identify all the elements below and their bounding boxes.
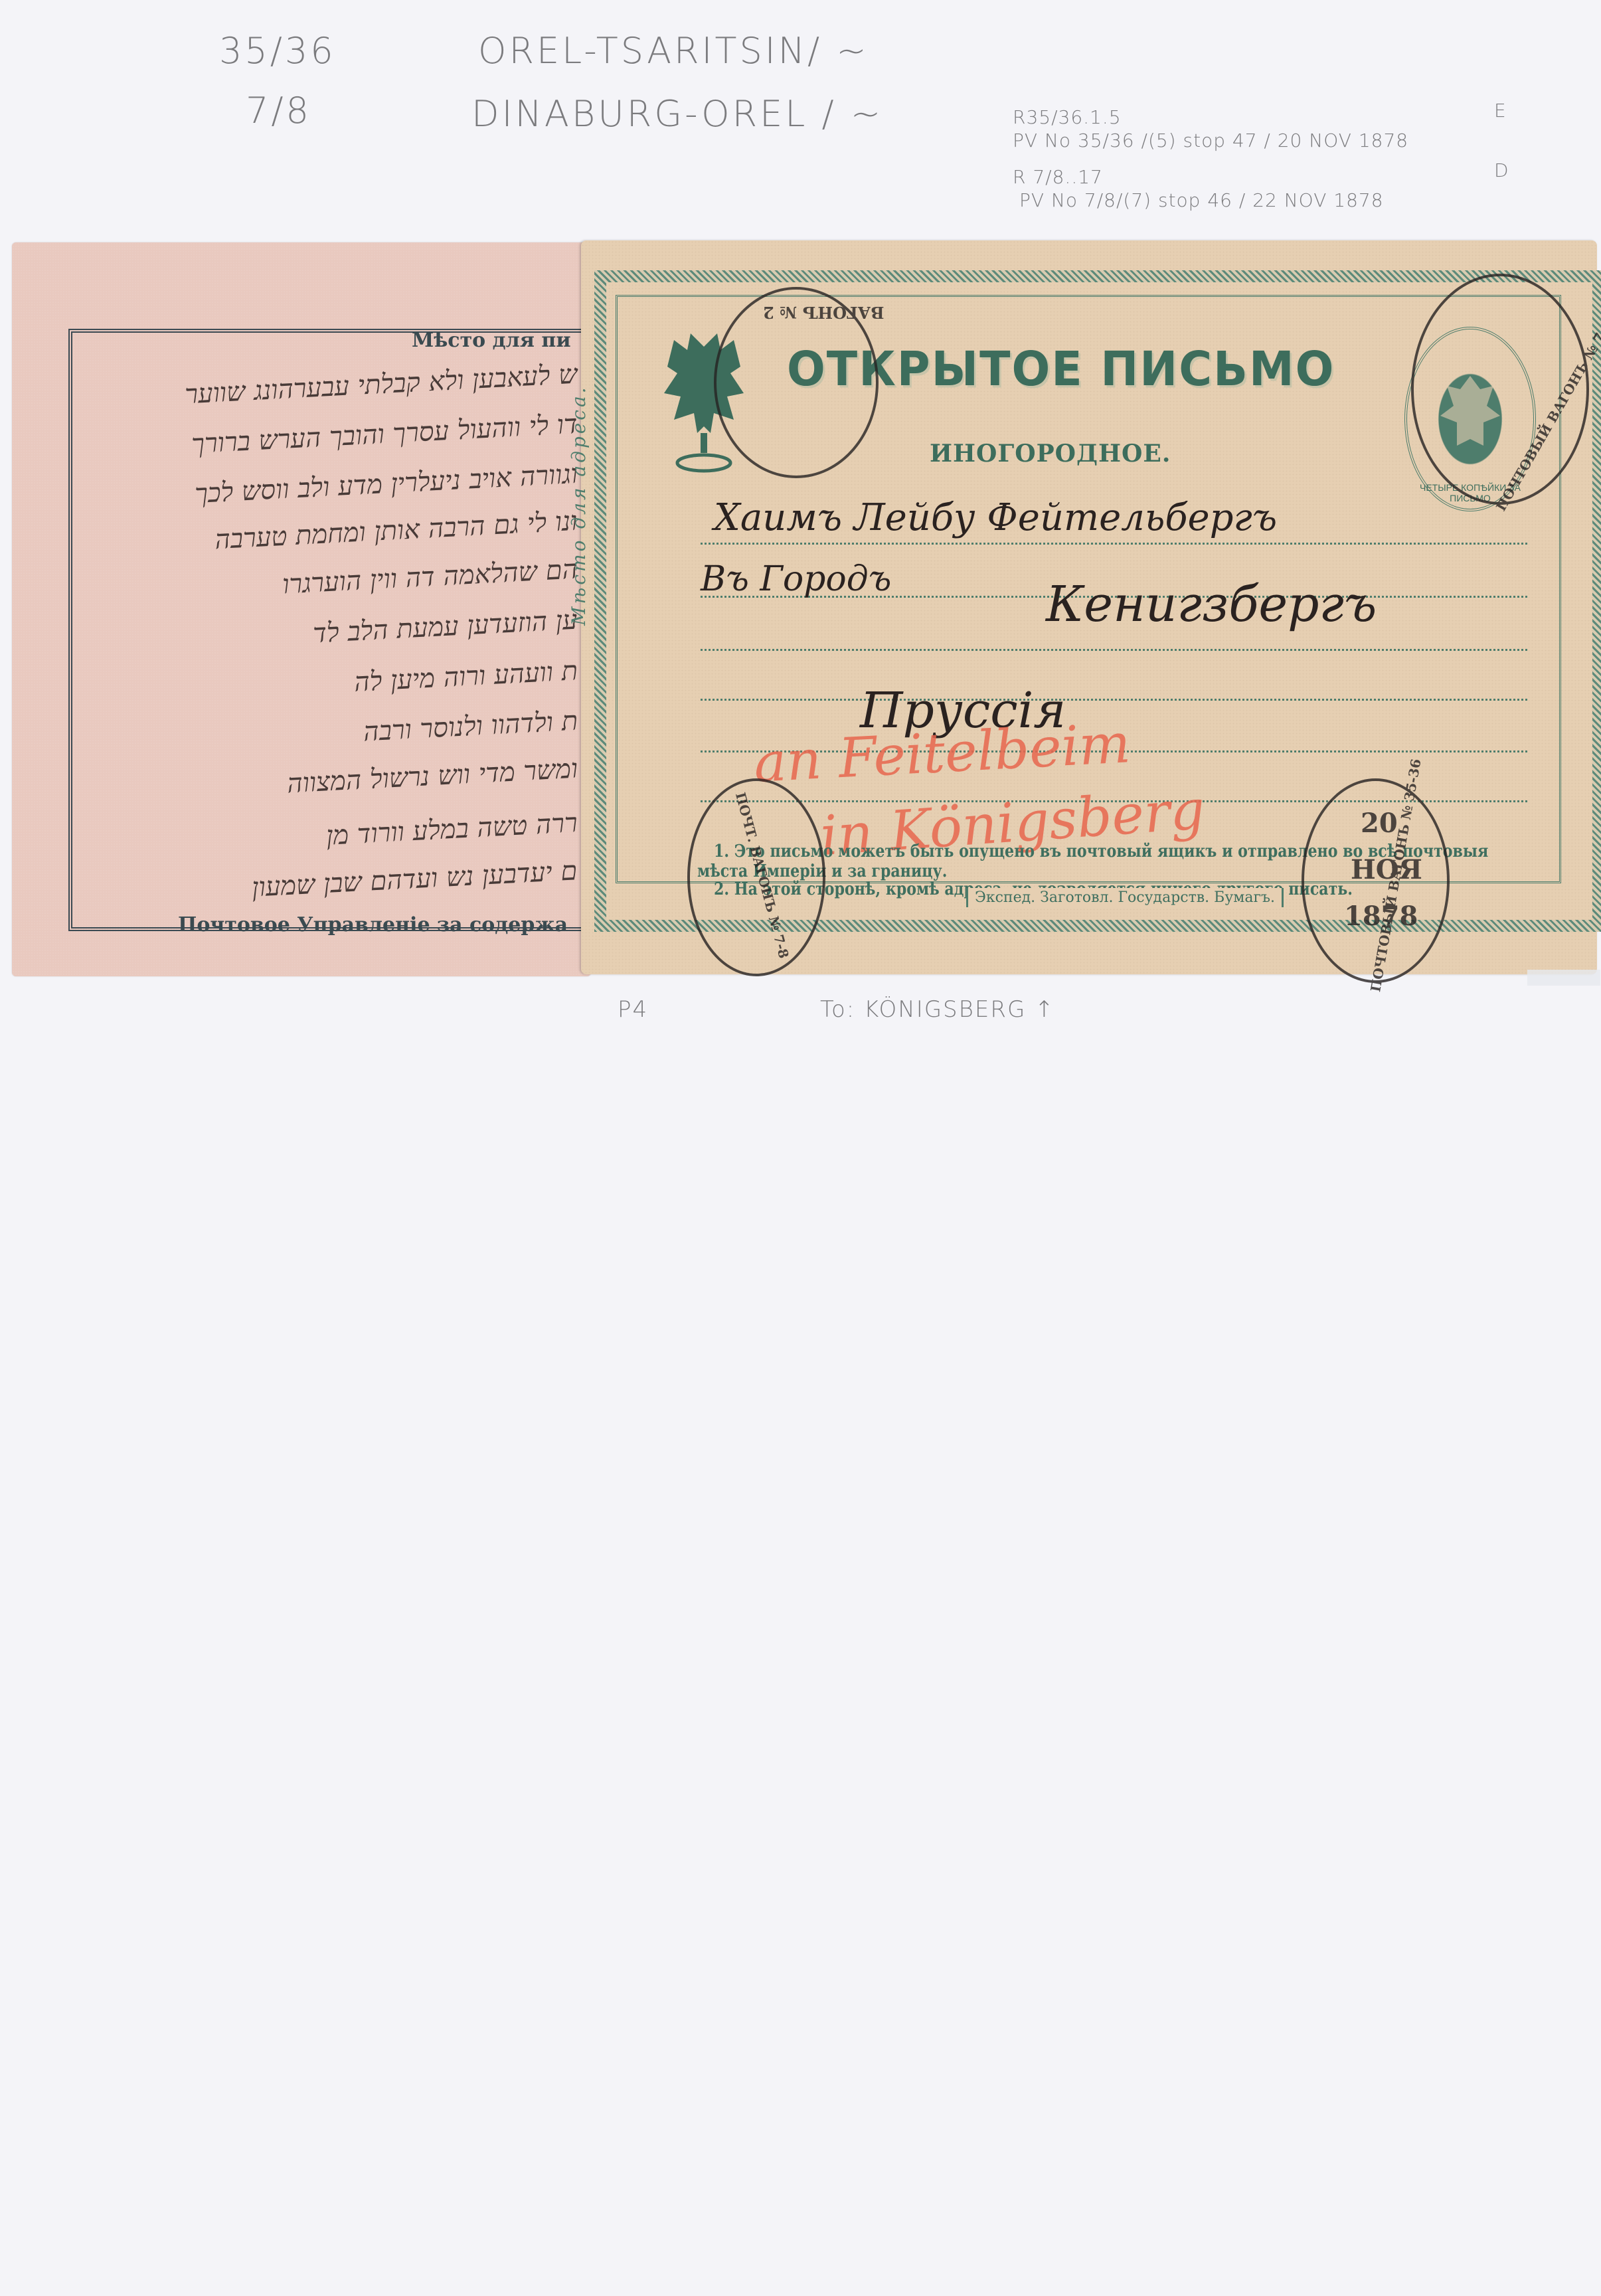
card-subtitle: ИНОГОРОДНОЕ. <box>930 440 1171 468</box>
address-town-label: Въ Городъ <box>701 559 891 599</box>
route-name-2: DINABURG-OREL / ~ <box>471 93 883 135</box>
reference-letter-2: D <box>1494 159 1509 181</box>
printer-imprint: Экспед. Заготовл. Государств. Бумагъ. <box>966 888 1284 907</box>
postmark-year: 1878 <box>1344 901 1418 932</box>
reference-detail-1: PV No 35/36 /(5) stop 47 / 20 NOV 1878 <box>1013 130 1408 151</box>
route-number-1: 35/36 <box>219 30 336 72</box>
postmark-bottom-right: ПОЧТОВЫЙ ВАГОНЪ № 35-36 20 НОЯ 1878 <box>1302 778 1450 983</box>
caption-left: P4 <box>618 996 648 1023</box>
postmark-day: 20 <box>1361 808 1398 839</box>
address-recipient: Хаимъ Лейбу Фейтельбергъ <box>714 496 1277 539</box>
reference-detail-2: PV No 7/8/(7) stop 46 / 22 NOV 1878 <box>1019 189 1384 211</box>
postcard-front: ОТКРЫТОЕ ПИСЬМО ИНОГОРОДНОЕ. ЧЕТЫРЕ КОПѢ… <box>581 240 1597 974</box>
route-number-2: 7/8 <box>246 90 311 132</box>
postcard-back: Мѣсто для пи Почтовое Управленіе за соде… <box>12 242 591 976</box>
address-city: Кенигзбергъ <box>1046 576 1377 633</box>
postmark-top-left: ВАГОНЪ № 2 <box>714 287 879 478</box>
postmark-bottom-left: ПОЧТ. ВАГОНЪ № 7-8 <box>687 778 825 976</box>
reference-letter-1: E <box>1494 100 1507 122</box>
postmark-top-right: ПОЧТОВЫЙ ВАГОНЪ № 7-8 · 20 НОЯ <box>1411 274 1589 505</box>
caption-right: To: KÖNIGSBERG ↑ <box>820 996 1055 1023</box>
back-heading-top: Мѣсто для пи <box>412 329 571 352</box>
postmark-text: ПОЧТ. ВАГОНЪ № 7-8 <box>732 790 792 960</box>
postmark-month: НОЯ <box>1351 854 1422 885</box>
reference-code-2: R 7/8..17 <box>1013 166 1103 188</box>
reference-code-1: R35/36.1.5 <box>1013 106 1122 128</box>
address-line-rule <box>701 699 1527 701</box>
address-line-rule <box>701 543 1527 545</box>
address-line-rule <box>701 649 1527 651</box>
back-heading-bottom: Почтовое Управленіе за содержа <box>178 913 568 936</box>
postmark-text: ВАГОНЪ № 2 <box>763 303 884 322</box>
route-name-1: OREL-TSARITSIN/ ~ <box>478 30 869 72</box>
mount-strip <box>1527 970 1600 986</box>
address-side-label: Мѣсто для адреса. <box>568 385 590 626</box>
